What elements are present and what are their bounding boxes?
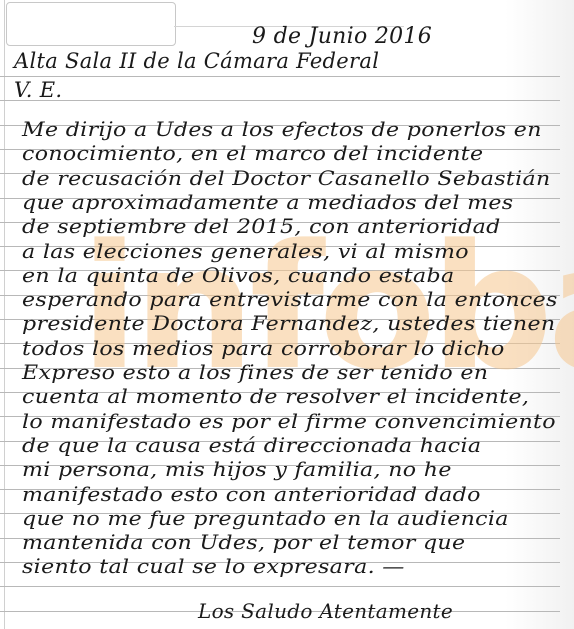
letter-body-line: mantenida con Udes, por el temor que [22, 531, 465, 554]
page-left-edge [4, 0, 5, 629]
letter-page: infobae 9 de Junio 2016 Alta Sala II de … [0, 0, 574, 629]
ruled-line [0, 76, 560, 77]
letter-body-line: esperando para entrevistarme con la ento… [22, 288, 558, 311]
letter-body-line: cuenta al momento de resolver el inciden… [22, 385, 529, 408]
letter-body-line: siento tal cual se lo expresara. — [22, 555, 405, 578]
letter-body-line: lo manifestado es por el firme convencim… [22, 410, 556, 433]
ruled-line [0, 100, 560, 101]
letter-body-line: todos los medios para corroborar lo dich… [22, 337, 505, 360]
letter-body-line: de recusación del Doctor Casanello Sebas… [22, 167, 551, 190]
letter-body-line: Me dirijo a Udes a los efectos de ponerl… [22, 118, 542, 141]
letter-body-line: conocimiento, en el marco del incidente [22, 142, 483, 165]
letter-body-line: que aproximadamente a mediados del mes [22, 191, 513, 214]
letter-body-line: a las elecciones generales, vi al mismo [22, 240, 469, 263]
letter-body-line: presidente Doctora Fernandez, ustedes ti… [22, 312, 555, 335]
letter-body-line: que no me fue preguntado en la audiencia [22, 507, 509, 530]
letter-body-line: de que la causa está direccionada hacia [22, 434, 481, 457]
letter-body-line: manifestado esto con anterioridad dado [22, 483, 481, 506]
letter-addressee: Alta Sala II de la Cámara Federal [14, 49, 379, 73]
letter-body-line: de septiembre del 2015, con anterioridad [22, 215, 501, 238]
letter-closing: Los Saludo Atentamente [198, 599, 453, 623]
header-box [6, 2, 176, 46]
letter-date: 9 de Junio 2016 [252, 24, 432, 49]
letter-body-line: en la quinta de Olivos, cuando estaba [22, 264, 454, 287]
letter-salutation: V. E. [14, 78, 62, 102]
letter-body-line: mi persona, mis hijos y familia, no he [22, 458, 452, 481]
letter-body-line: Expreso esto a los fines de ser tenido e… [22, 361, 488, 384]
ruled-line [0, 586, 560, 587]
